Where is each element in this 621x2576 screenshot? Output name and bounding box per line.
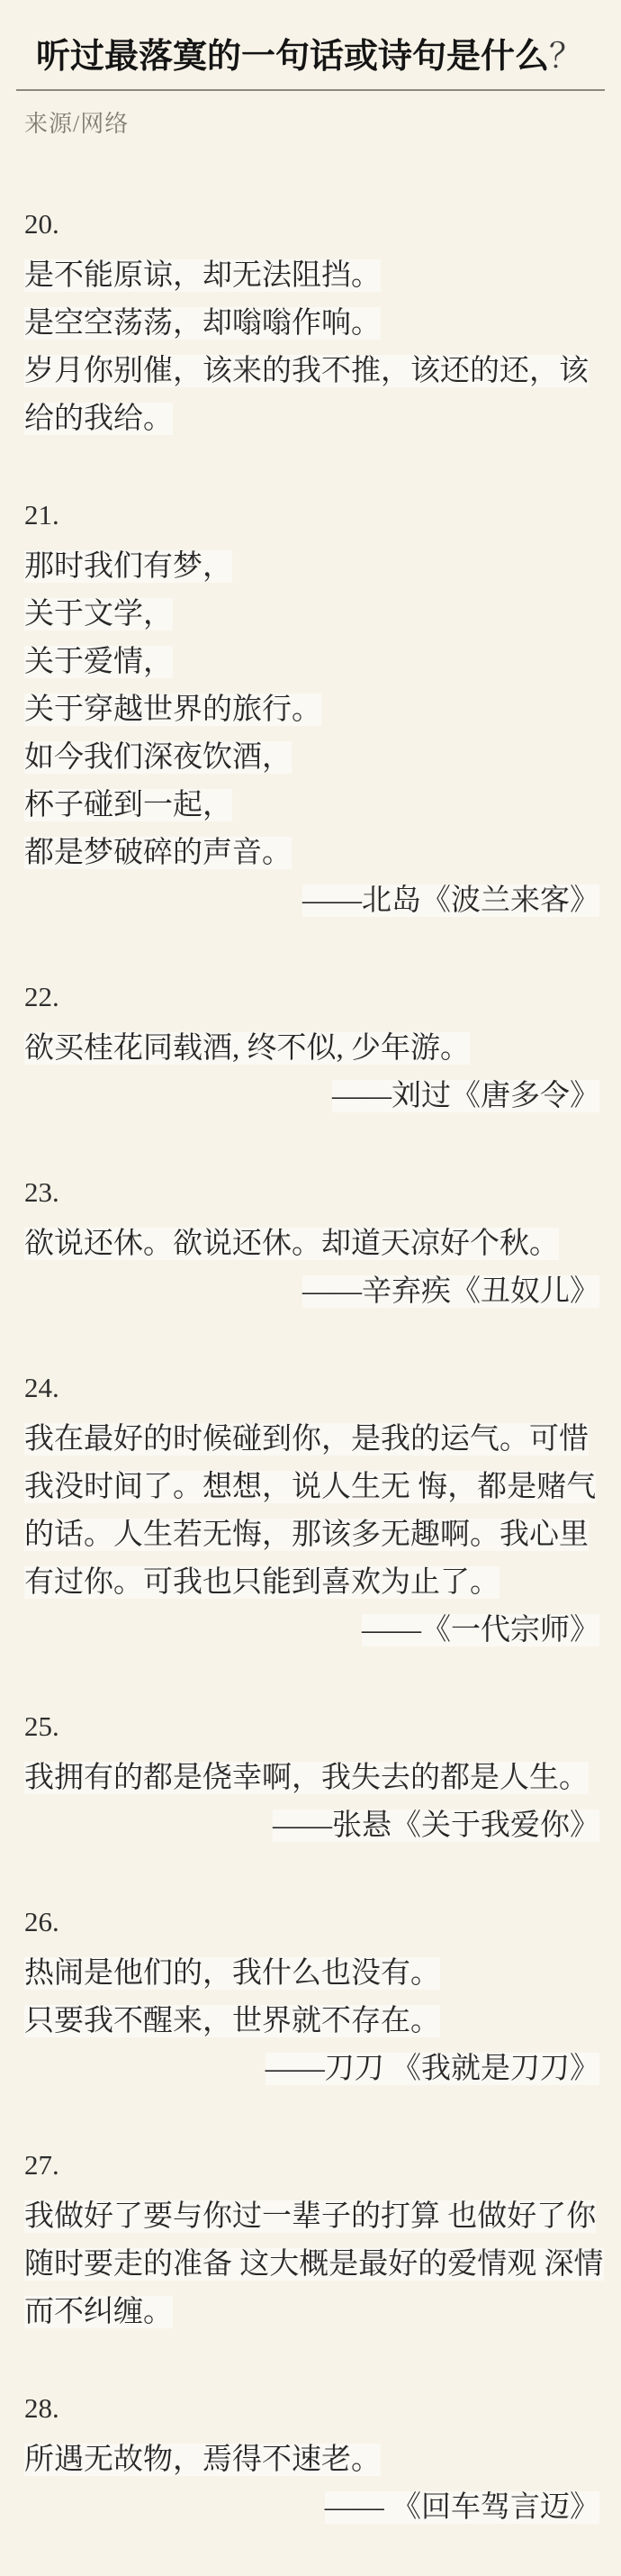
quote-line: 关于爱情， — [24, 639, 608, 686]
quote-line: 欲说还休。欲说还休。却道天凉好个秋。 — [24, 1220, 608, 1268]
quote-number: 23. — [24, 1176, 608, 1209]
quote-number: 26. — [24, 1906, 608, 1938]
quote-line: 热闹是他们的，我什么也没有。 — [24, 1950, 608, 1998]
quote-number: 22. — [24, 981, 608, 1013]
quote-lines: 欲买桂花同载酒, 终不似, 少年游。 — [24, 1025, 608, 1073]
quote-block: 20. 是不能原谅，却无法阻挡。是空空荡荡，却嗡嗡作响。岁月你别催，该来的我不推… — [24, 208, 608, 443]
page-title: 听过最落寞的一句话或诗句是什么？ — [36, 36, 607, 77]
quote-attribution: —— 《回车驾言迈》 — [24, 2484, 608, 2532]
quote-lines: 我拥有的都是侥幸啊，我失去的都是人生。 — [24, 1755, 608, 1802]
quote-line: 关于文学， — [24, 591, 608, 639]
quote-lines: 我在最好的时候碰到你，是我的运气。可惜我没时间了。想想，说人生无 悔，都是赌气的… — [24, 1416, 608, 1607]
quote-lines: 我做好了要与你过一辈子的打算 也做好了你随时要走的准备 这大概是最好的爱情观 深… — [24, 2193, 608, 2336]
quote-number: 24. — [24, 1372, 608, 1404]
quote-block: 21. 那时我们有梦，关于文学，关于爱情，关于穿越世界的旅行。如今我们深夜饮酒，… — [24, 499, 608, 925]
quote-line: 是不能原谅，却无法阻挡。 — [24, 252, 608, 300]
quote-attribution: ——刘过《唐多令》 — [24, 1073, 608, 1120]
source-label: 来源/网络 — [24, 111, 621, 138]
quote-line: 我拥有的都是侥幸啊，我失去的都是人生。 — [24, 1755, 608, 1802]
quote-block: 22. 欲买桂花同载酒, 终不似, 少年游。 ——刘过《唐多令》 — [24, 981, 608, 1120]
quote-attribution: ——张悬《关于我爱你》 — [24, 1802, 608, 1850]
quote-lines: 是不能原谅，却无法阻挡。是空空荡荡，却嗡嗡作响。岁月你别催，该来的我不推，该还的… — [24, 252, 608, 443]
quote-line: 那时我们有梦， — [24, 543, 608, 591]
quote-line: 关于穿越世界的旅行。 — [24, 686, 608, 734]
header-divider — [16, 89, 605, 91]
quote-attribution: ——刀刀 《我就是刀刀》 — [24, 2045, 608, 2093]
quote-line: 欲买桂花同载酒, 终不似, 少年游。 — [24, 1025, 608, 1073]
quotes-list: 20. 是不能原谅，却无法阻挡。是空空荡荡，却嗡嗡作响。岁月你别催，该来的我不推… — [0, 208, 621, 2532]
quote-line: 如今我们深夜饮酒， — [24, 734, 608, 782]
quote-line: 岁月你别催，该来的我不推，该还的还，该给的我给。 — [24, 348, 608, 443]
quote-line: 是空空荡荡，却嗡嗡作响。 — [24, 300, 608, 348]
quote-lines: 所遇无故物，焉得不速老。 — [24, 2436, 608, 2484]
quote-block: 25. 我拥有的都是侥幸啊，我失去的都是人生。 ——张悬《关于我爱你》 — [24, 1710, 608, 1850]
quote-number: 20. — [24, 208, 608, 240]
quote-number: 27. — [24, 2149, 608, 2181]
quote-number: 28. — [24, 2392, 608, 2425]
quote-line: 我在最好的时候碰到你，是我的运气。可惜我没时间了。想想，说人生无 悔，都是赌气的… — [24, 1416, 608, 1607]
quote-block: 28. 所遇无故物，焉得不速老。 —— 《回车驾言迈》 — [24, 2392, 608, 2532]
quote-number: 21. — [24, 499, 608, 531]
quote-block: 27. 我做好了要与你过一辈子的打算 也做好了你随时要走的准备 这大概是最好的爱… — [24, 2149, 608, 2336]
quote-line: 都是梦破碎的声音。 — [24, 830, 608, 877]
quote-attribution: ——《一代宗师》 — [24, 1607, 608, 1655]
quote-attribution: ——北岛《波兰来客》 — [24, 877, 608, 925]
quote-lines: 那时我们有梦，关于文学，关于爱情，关于穿越世界的旅行。如今我们深夜饮酒，杯子碰到… — [24, 543, 608, 877]
quote-line: 杯子碰到一起， — [24, 782, 608, 830]
quote-lines: 欲说还休。欲说还休。却道天凉好个秋。 — [24, 1220, 608, 1268]
quote-lines: 热闹是他们的，我什么也没有。只要我不醒来，世界就不存在。 — [24, 1950, 608, 2045]
quote-block: 24. 我在最好的时候碰到你，是我的运气。可惜我没时间了。想想，说人生无 悔，都… — [24, 1372, 608, 1655]
quote-attribution: ——辛弃疾《丑奴儿》 — [24, 1268, 608, 1316]
quote-line: 我做好了要与你过一辈子的打算 也做好了你随时要走的准备 这大概是最好的爱情观 深… — [24, 2193, 608, 2336]
quote-line: 所遇无故物，焉得不速老。 — [24, 2436, 608, 2484]
quote-line: 只要我不醒来，世界就不存在。 — [24, 1998, 608, 2045]
page-title-text: 听过最落寞的一句话或诗句是什么 — [36, 38, 549, 76]
quote-number: 25. — [24, 1710, 608, 1743]
title-question-mark: ？ — [549, 38, 583, 76]
quote-block: 23. 欲说还休。欲说还休。却道天凉好个秋。 ——辛弃疾《丑奴儿》 — [24, 1176, 608, 1316]
quote-block: 26. 热闹是他们的，我什么也没有。只要我不醒来，世界就不存在。 ——刀刀 《我… — [24, 1906, 608, 2093]
